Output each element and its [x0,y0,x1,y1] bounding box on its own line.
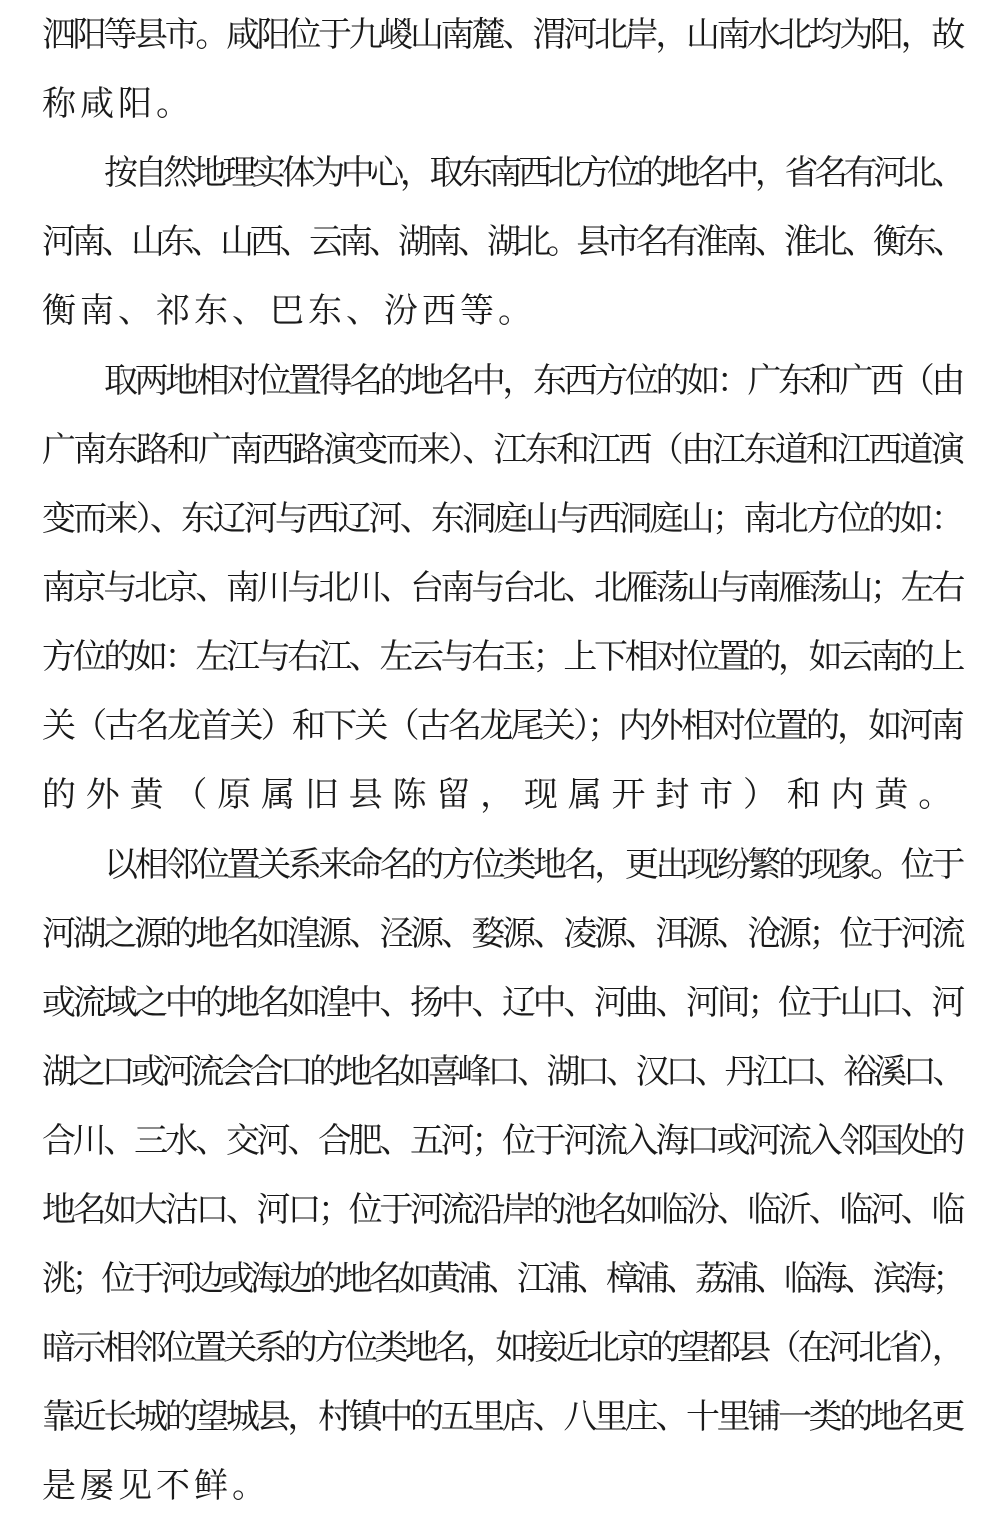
text-line: 广南东路和广南西路演变而来）、江东和江西（由江东道和江西道演 [42,416,962,485]
text-line: 衡南、祁东、巴东、汾西等。 [42,277,536,346]
text-line: 以相邻位置关系来命名的方位类地名，更出现纷繁的现象。位于 [104,831,962,900]
text-line: 变而来）、东辽河与西辽河、东洞庭山与西洞庭山；南北方位的如： [42,485,962,554]
text-line: 河湖之源的地名如湟源、泾源、婺源、凌源、洱源、沧源；位于河流 [42,900,962,969]
text-line: 或流域之中的地名如湟中、扬中、辽中、河曲、河间；位于山口、河 [42,969,962,1038]
text-line: 暗示相邻位置关系的方位类地名，如接近北京的望都县（在河北省）， [42,1314,962,1383]
text-line: 称咸阳。 [42,70,194,139]
text-line: 按自然地理实体为中心，取东南西北方位的地名中，省名有河北、 [104,139,962,208]
text-line: 关（古名龙首关）和下关（古名龙尾关）；内外相对位置的，如河南 [42,692,962,761]
text-line: 方位的如：左江与右江、左云与右玉；上下相对位置的，如云南的上 [42,623,962,692]
text-line: 合川、三水、交河、合肥、五河；位于河流入海口或河流入邻国处的 [42,1107,962,1176]
text-line: 靠近长城的望城县，村镇中的五里店、八里庄、十里铺一类的地名更 [42,1383,962,1452]
text-line: 湖之口或河流会合口的地名如喜峰口、湖口、汉口、丹江口、裕溪口、 [42,1038,962,1107]
text-line: 取两地相对位置得名的地名中，东西方位的如：广东和广西（由 [104,347,962,416]
text-line: 泗阳等县市。咸阳位于九嵕山南麓、渭河北岸，山南水北均为阳，故 [42,1,962,70]
text-line: 的外黄（原属旧县陈留，现属开封市）和内黄。 [42,761,962,830]
text-line: 是屡见不鲜。 [42,1452,270,1521]
text-line: 洮；位于河边或海边的地名如黄浦、江浦、樟浦、荔浦、临海、滨海； [42,1245,962,1314]
text-line: 河南、山东、山西、云南、湖南、湖北。县市名有淮南、淮北、衡东、 [42,208,962,277]
text-line: 地名如大沽口、河口；位于河流沿岸的池名如临汾、临沂、临河、临 [42,1176,962,1245]
text-line: 南京与北京、南川与北川、台南与台北、北雁荡山与南雁荡山；左右 [42,554,962,623]
